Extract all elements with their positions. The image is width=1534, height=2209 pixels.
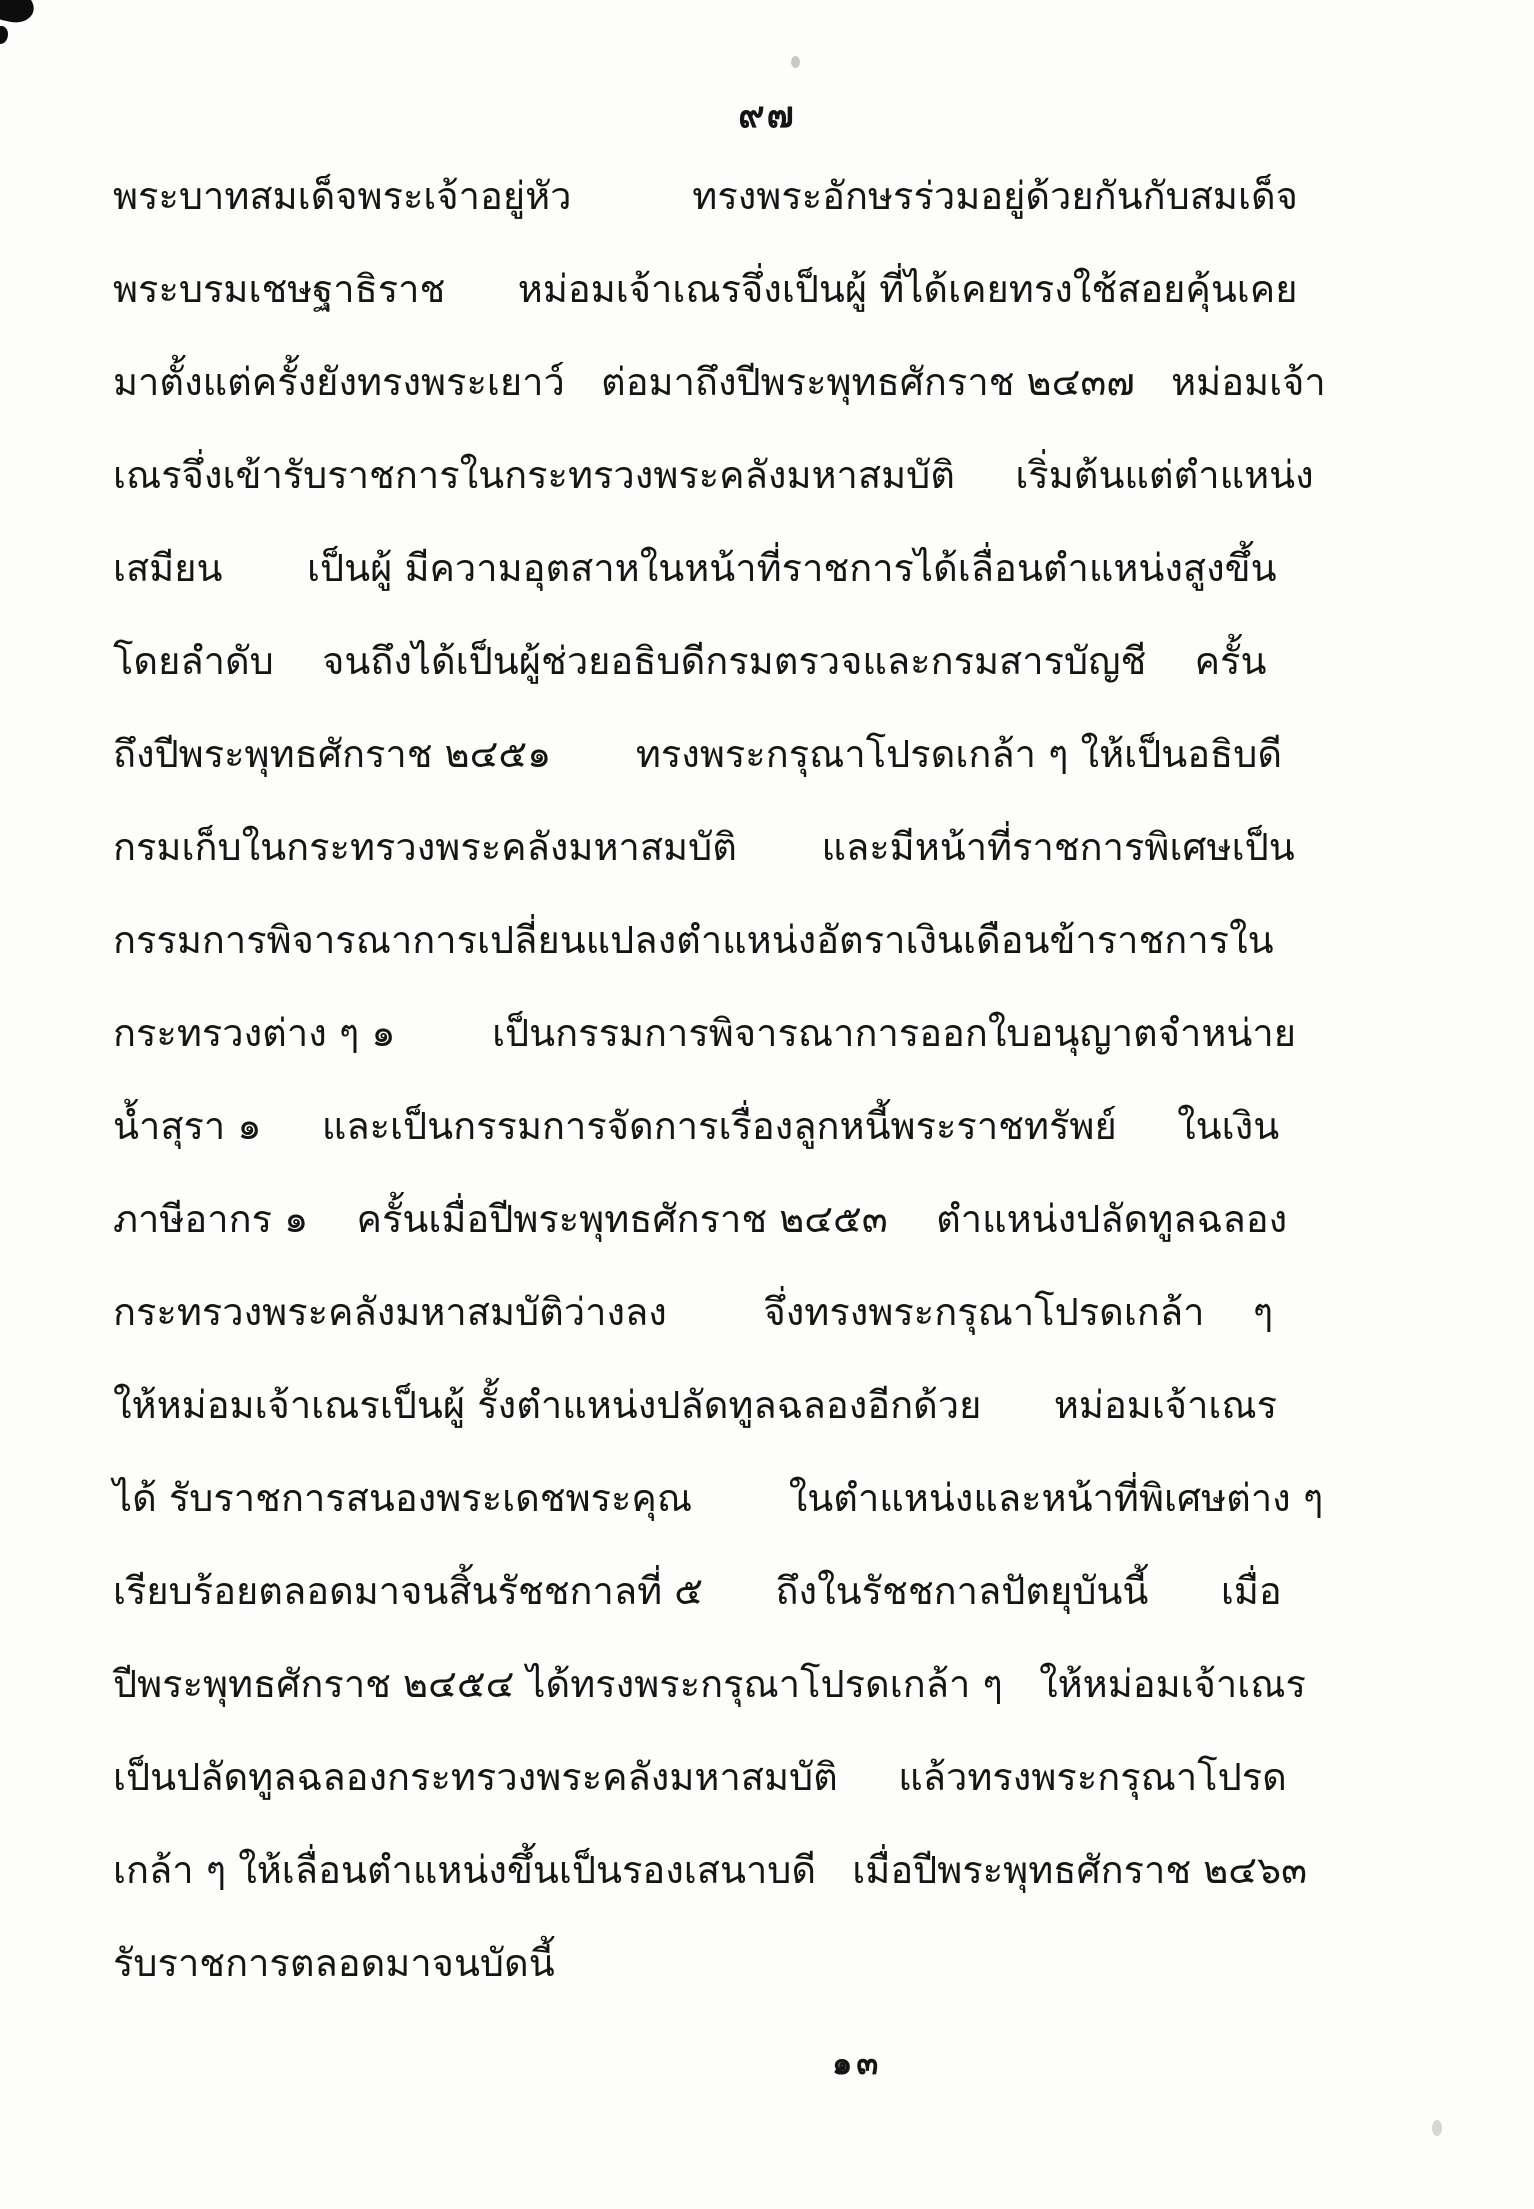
- text-line: กรรมการพิจารณาการเปลี่ยนแปลงตำแหน่งอัตรา…: [113, 894, 1443, 987]
- page-number-footer: ๑๓: [832, 2038, 882, 2089]
- scan-artifact-corner-small: [0, 26, 8, 44]
- text-line: น้ำสุรา ๑ และเป็นกรรมการจัดการเรื่องลูกห…: [113, 1080, 1443, 1173]
- scan-artifact-dot-bottom: [1432, 2120, 1442, 2136]
- text-line: มาตั้งแต่ครั้งยังทรงพระเยาว์ ต่อมาถึงปีพ…: [113, 336, 1443, 429]
- text-line: เป็นปลัดทูลฉลองกระทรวงพระคลังมหาสมบัติ แ…: [113, 1731, 1443, 1824]
- body-text: พระบาทสมเด็จพระเจ้าอยู่หัว ทรงพระอักษรร่…: [113, 150, 1443, 2010]
- scan-artifact-dot-top: [791, 56, 800, 68]
- text-line: เสมียน เป็นผู้ มีความอุตสาหในหน้าที่ราชก…: [113, 522, 1443, 615]
- text-line: ถึงปีพระพุทธศักราช ๒๔๕๑ ทรงพระกรุณาโปรดเ…: [113, 708, 1443, 801]
- text-line: ให้หม่อมเจ้าเณรเป็นผู้ รั้งตำแหน่งปลัดทู…: [113, 1359, 1443, 1452]
- text-line: เณรจึ่งเข้ารับราชการในกระทรวงพระคลังมหาส…: [113, 429, 1443, 522]
- page-number-header: ๙๗: [0, 86, 1534, 143]
- text-line: เกล้า ๆ ให้เลื่อนตำแหน่งขึ้นเป็นรองเสนาบ…: [113, 1824, 1443, 1917]
- text-line: กระทรวงต่าง ๆ ๑ เป็นกรรมการพิจารณาการออก…: [113, 987, 1443, 1080]
- text-line: พระบรมเชษฐาธิราช หม่อมเจ้าเณรจึ่งเป็นผู้…: [113, 243, 1443, 336]
- scan-artifact-corner: [0, 0, 37, 26]
- text-line: กระทรวงพระคลังมหาสมบัติว่างลง จึ่งทรงพระ…: [113, 1266, 1443, 1359]
- text-line: ปีพระพุทธศักราช ๒๔๕๔ ได้ทรงพระกรุณาโปรดเ…: [113, 1638, 1443, 1731]
- text-line: กรมเก็บในกระทรวงพระคลังมหาสมบัติ และมีหน…: [113, 801, 1443, 894]
- text-line: ได้ รับราชการสนองพระเดชพระคุณ ในตำแหน่งแ…: [113, 1452, 1443, 1545]
- document-page: ๙๗ พระบาทสมเด็จพระเจ้าอยู่หัว ทรงพระอักษ…: [0, 0, 1534, 2209]
- text-line: พระบาทสมเด็จพระเจ้าอยู่หัว ทรงพระอักษรร่…: [113, 150, 1443, 243]
- text-line: เรียบร้อยตลอดมาจนสิ้นรัชชกาลที่ ๕ ถึงในร…: [113, 1545, 1443, 1638]
- text-line: ภาษีอากร ๑ ครั้นเมื่อปีพระพุทธศักราช ๒๔๕…: [113, 1173, 1443, 1266]
- text-line: รับราชการตลอดมาจนบัดนี้: [113, 1917, 1443, 2010]
- text-line: โดยลำดับ จนถึงได้เป็นผู้ช่วยอธิบดีกรมตรว…: [113, 615, 1443, 708]
